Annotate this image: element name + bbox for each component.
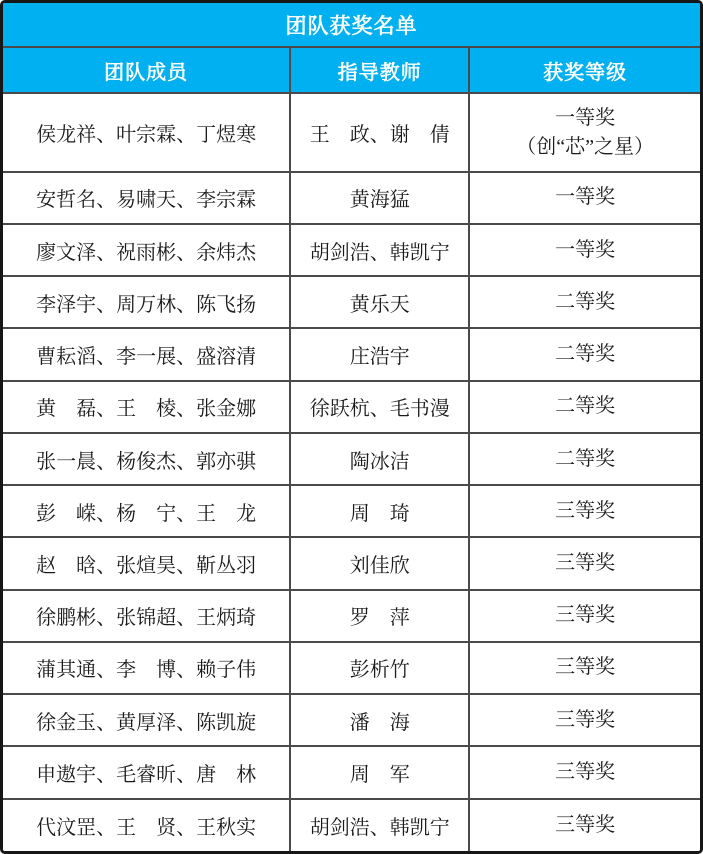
teachers-cell: 黄乐天 <box>290 276 469 328</box>
table-row: 廖文泽、祝雨彬、余炜杰 胡剑浩、韩凯宁 一等奖 <box>3 224 700 276</box>
award-cell: 一等奖 （创“芯”之星） <box>469 93 700 171</box>
table-row: 李泽宇、周万林、陈飞扬 黄乐天 二等奖 <box>3 276 700 328</box>
table-title: 团队获奖名单 <box>3 3 700 47</box>
members-cell: 赵 晗、张煊昊、靳丛羽 <box>3 537 290 589</box>
teachers-cell: 周 军 <box>290 746 469 798</box>
teachers-cell: 潘 海 <box>290 694 469 746</box>
award-cell: 一等奖 <box>469 224 700 276</box>
award-cell: 三等奖 <box>469 642 700 694</box>
table-title-row: 团队获奖名单 <box>3 3 700 47</box>
members-cell: 李泽宇、周万林、陈飞扬 <box>3 276 290 328</box>
members-cell: 申遨宇、毛睿昕、唐 林 <box>3 746 290 798</box>
teachers-cell: 彭析竹 <box>290 642 469 694</box>
table-row: 蒲其通、李 博、赖子伟 彭析竹 三等奖 <box>3 642 700 694</box>
table-row: 代汶罡、王 贤、王秋实 胡剑浩、韩凯宁 三等奖 <box>3 799 700 851</box>
award-cell: 三等奖 <box>469 537 700 589</box>
members-cell: 张一晨、杨俊杰、郭亦骐 <box>3 433 290 485</box>
teachers-cell: 徐跃杭、毛书漫 <box>290 381 469 433</box>
award-cell: 三等奖 <box>469 590 700 642</box>
teachers-cell: 黄海猛 <box>290 172 469 224</box>
award-cell: 二等奖 <box>469 433 700 485</box>
teachers-cell: 王 政、谢 倩 <box>290 93 469 171</box>
members-cell: 侯龙祥、叶宗霖、丁煜寒 <box>3 93 290 171</box>
table-row: 赵 晗、张煊昊、靳丛羽 刘佳欣 三等奖 <box>3 537 700 589</box>
members-cell: 安哲名、易啸天、李宗霖 <box>3 172 290 224</box>
column-header-members: 团队成员 <box>3 47 290 93</box>
page-frame: 团队获奖名单 团队成员 指导教师 获奖等级 侯龙祥、叶宗霖、丁煜寒 王 政、谢 … <box>0 0 703 854</box>
table-row: 申遨宇、毛睿昕、唐 林 周 军 三等奖 <box>3 746 700 798</box>
teachers-cell: 周 琦 <box>290 485 469 537</box>
award-cell: 二等奖 <box>469 276 700 328</box>
table-row: 彭 嵘、杨 宁、王 龙 周 琦 三等奖 <box>3 485 700 537</box>
table-row: 徐鹏彬、张锦超、王炳琦 罗 萍 三等奖 <box>3 590 700 642</box>
award-cell: 三等奖 <box>469 799 700 851</box>
teachers-cell: 庄浩宇 <box>290 328 469 380</box>
award-cell: 三等奖 <box>469 485 700 537</box>
table-row: 安哲名、易啸天、李宗霖 黄海猛 一等奖 <box>3 172 700 224</box>
column-header-teachers: 指导教师 <box>290 47 469 93</box>
table-row: 徐金玉、黄厚泽、陈凯旋 潘 海 三等奖 <box>3 694 700 746</box>
teachers-cell: 刘佳欣 <box>290 537 469 589</box>
teachers-cell: 陶冰洁 <box>290 433 469 485</box>
teachers-cell: 罗 萍 <box>290 590 469 642</box>
members-cell: 代汶罡、王 贤、王秋实 <box>3 799 290 851</box>
award-cell: 二等奖 <box>469 328 700 380</box>
table-row: 侯龙祥、叶宗霖、丁煜寒 王 政、谢 倩 一等奖 （创“芯”之星） <box>3 93 700 171</box>
table-header-row: 团队成员 指导教师 获奖等级 <box>3 47 700 93</box>
members-cell: 彭 嵘、杨 宁、王 龙 <box>3 485 290 537</box>
table-row: 张一晨、杨俊杰、郭亦骐 陶冰洁 二等奖 <box>3 433 700 485</box>
table-row: 黄 磊、王 棱、张金娜 徐跃杭、毛书漫 二等奖 <box>3 381 700 433</box>
award-cell: 三等奖 <box>469 746 700 798</box>
table-row: 曹耘滔、李一展、盛溶清 庄浩宇 二等奖 <box>3 328 700 380</box>
members-cell: 徐金玉、黄厚泽、陈凯旋 <box>3 694 290 746</box>
teachers-cell: 胡剑浩、韩凯宁 <box>290 224 469 276</box>
column-header-award: 获奖等级 <box>469 47 700 93</box>
award-table: 团队获奖名单 团队成员 指导教师 获奖等级 侯龙祥、叶宗霖、丁煜寒 王 政、谢 … <box>3 3 700 851</box>
members-cell: 蒲其通、李 博、赖子伟 <box>3 642 290 694</box>
teachers-cell: 胡剑浩、韩凯宁 <box>290 799 469 851</box>
award-cell: 三等奖 <box>469 694 700 746</box>
members-cell: 廖文泽、祝雨彬、余炜杰 <box>3 224 290 276</box>
members-cell: 黄 磊、王 棱、张金娜 <box>3 381 290 433</box>
members-cell: 徐鹏彬、张锦超、王炳琦 <box>3 590 290 642</box>
members-cell: 曹耘滔、李一展、盛溶清 <box>3 328 290 380</box>
award-cell: 一等奖 <box>469 172 700 224</box>
award-cell: 二等奖 <box>469 381 700 433</box>
